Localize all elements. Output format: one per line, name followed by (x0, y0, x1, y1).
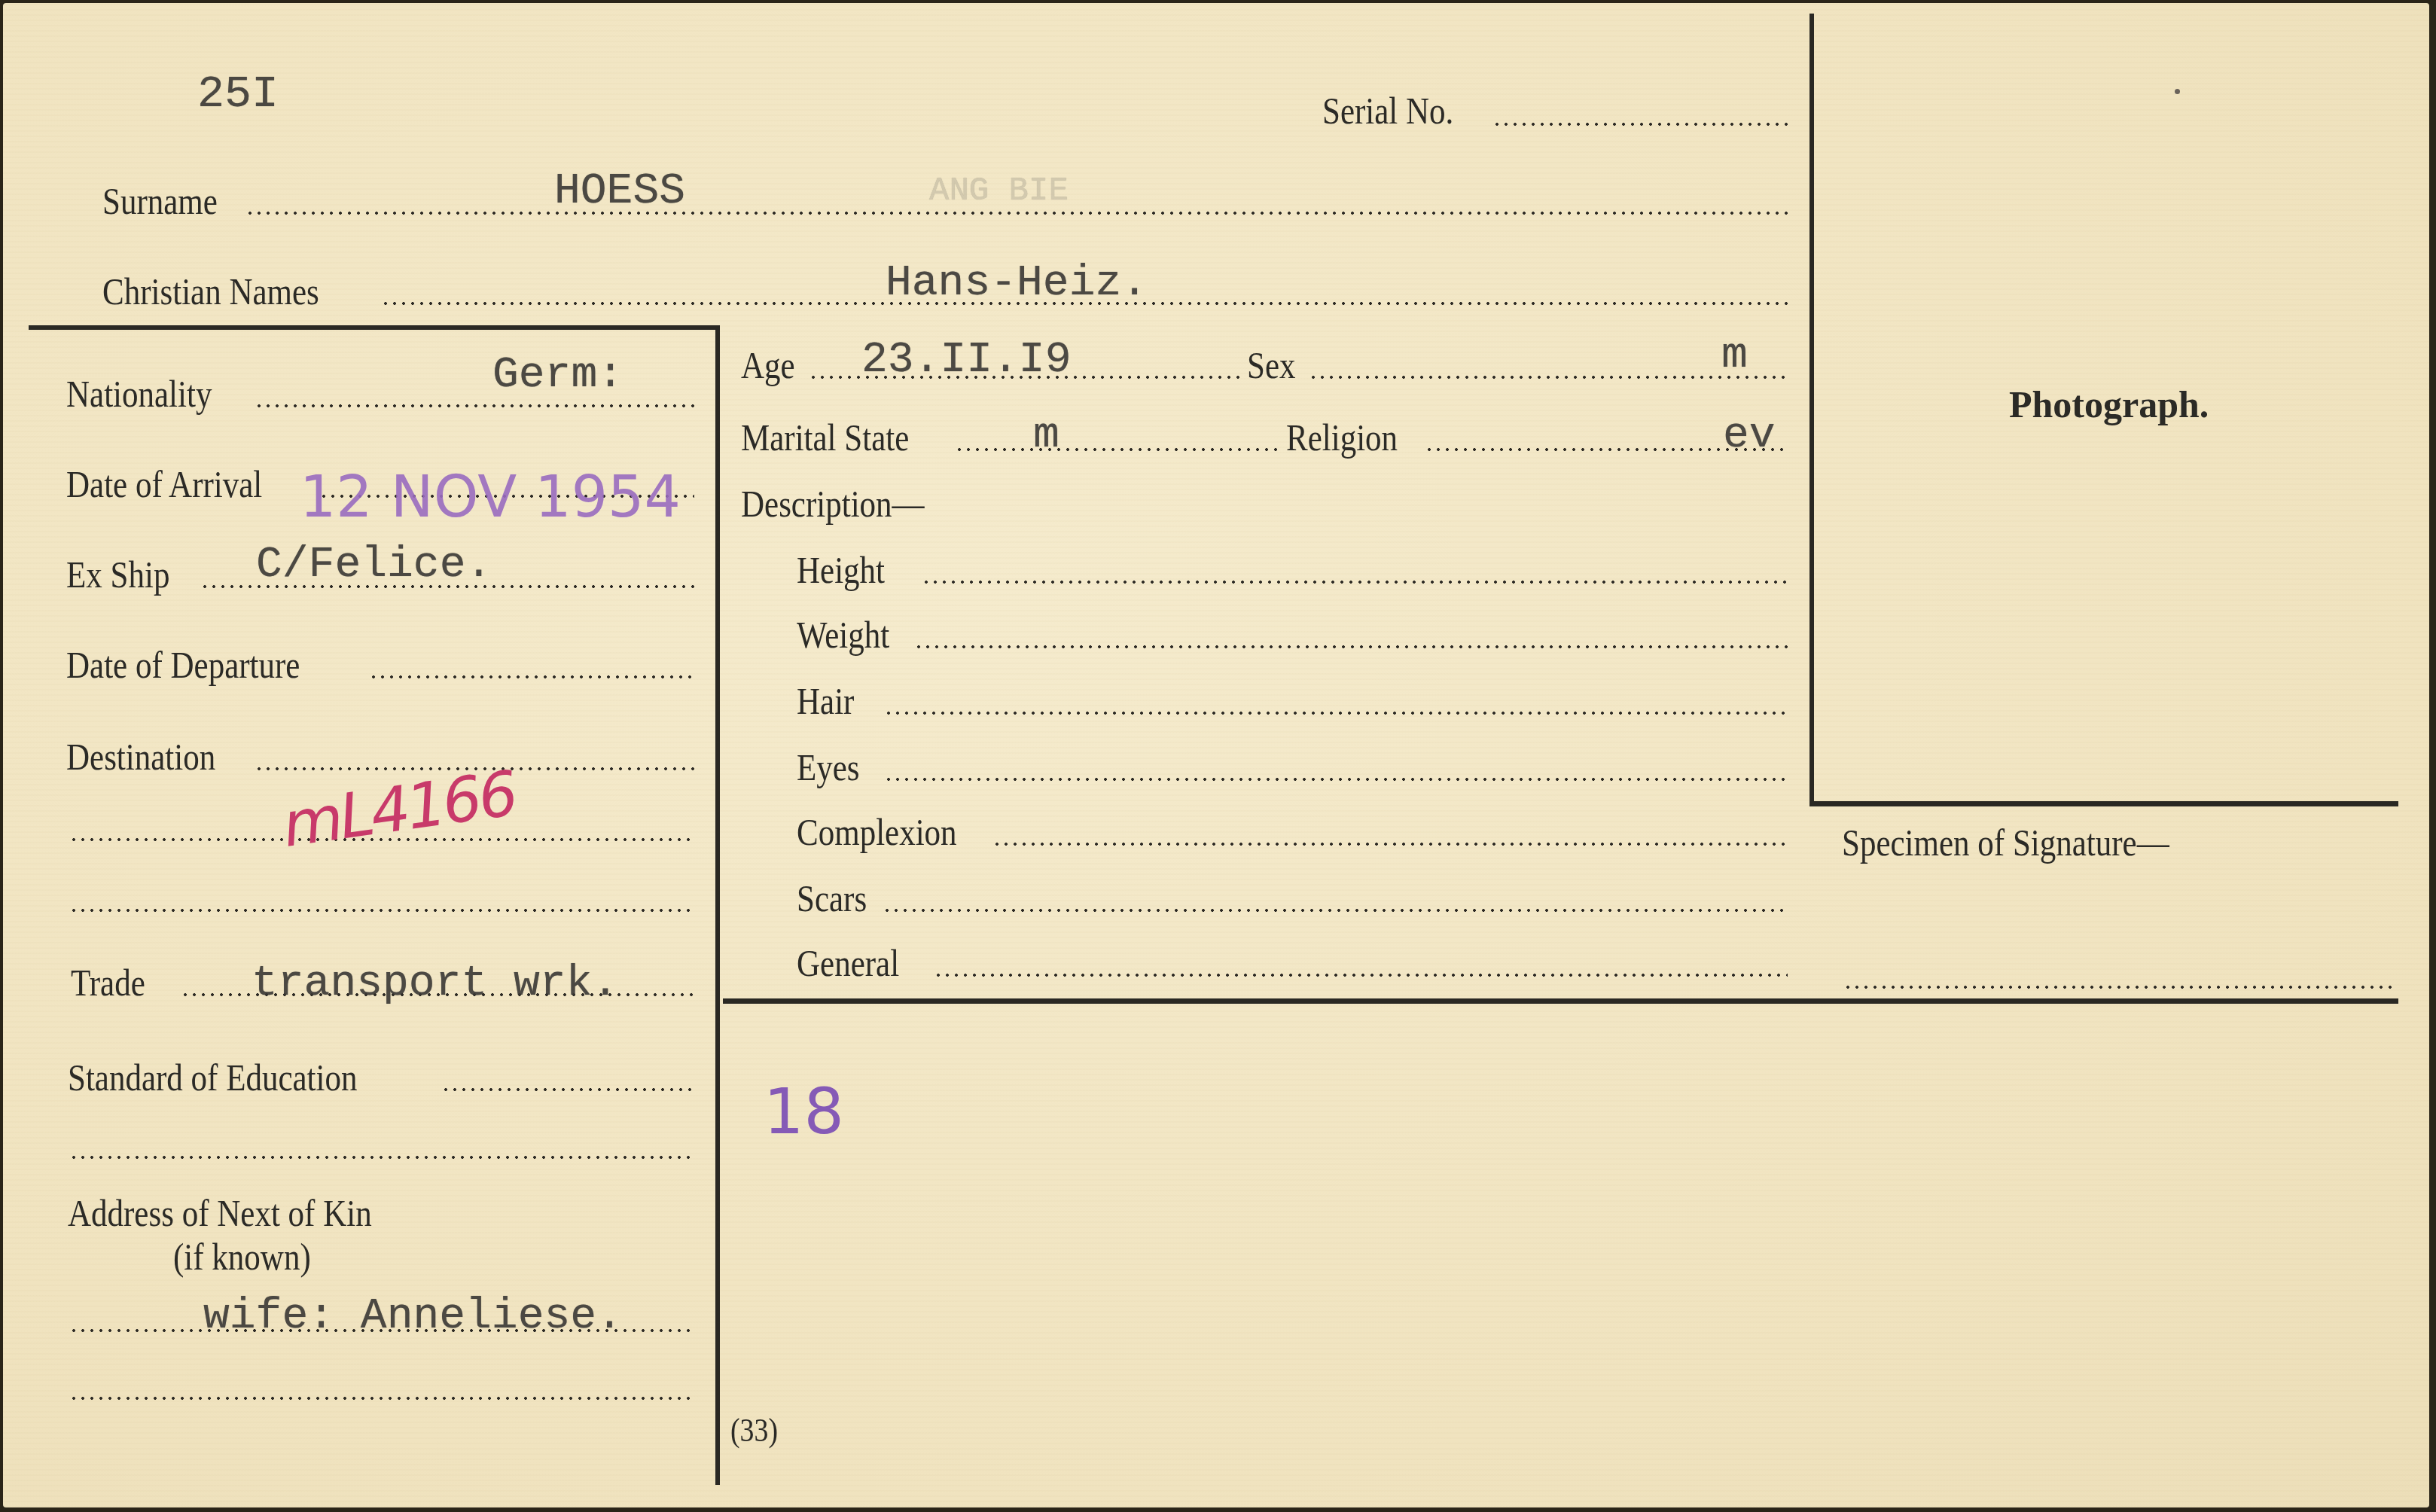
complexion-label: Complexion (797, 813, 957, 851)
next-of-kin-value: wife: Anneliese. (203, 1295, 623, 1339)
education-field[interactable] (441, 1087, 694, 1092)
photo-box-left-rule (1809, 14, 1814, 806)
column-divider (715, 325, 720, 1485)
next-of-kin-field-line-2[interactable] (69, 1396, 694, 1401)
marital-state-field[interactable] (955, 447, 1283, 452)
registration-card: 25I Serial No. Surname HOESS ANG BIE Chr… (3, 3, 2429, 1507)
sex-field[interactable] (1309, 375, 1788, 380)
weight-label: Weight (797, 616, 889, 654)
left-section-top-rule (29, 325, 720, 330)
photograph-area[interactable] (1844, 26, 2394, 794)
nationality-field[interactable] (255, 404, 694, 408)
trade-value: transport wrk. (252, 962, 618, 1006)
age-value: 23.II.I9 (861, 339, 1071, 383)
paper-speck (2175, 89, 2180, 94)
complexion-field[interactable] (992, 842, 1788, 846)
general-label: General (797, 944, 899, 982)
stamp-number: 18 (764, 1080, 844, 1143)
form-number: (33) (730, 1414, 778, 1447)
destination-label: Destination (66, 738, 215, 776)
religion-value: ev (1723, 414, 1776, 458)
age-label: Age (741, 346, 795, 384)
photo-box-bottom-rule (1809, 801, 2398, 806)
christian-names-label: Christian Names (102, 273, 319, 310)
surname-ghost-text: ANG BIE (929, 175, 1069, 208)
serial-no-label: Serial No. (1322, 92, 1453, 130)
scars-label: Scars (797, 879, 867, 917)
education-label: Standard of Education (68, 1059, 358, 1096)
surname-field[interactable] (245, 211, 1788, 215)
hair-field[interactable] (884, 711, 1788, 715)
christian-names-value: Hans-Heiz. (886, 262, 1148, 306)
signature-field[interactable] (1843, 985, 2398, 989)
ex-ship-value: C/Felice. (256, 544, 492, 587)
description-label: Description— (741, 485, 925, 523)
date-of-arrival-label: Date of Arrival (66, 465, 262, 503)
nationality-value: Germ: (492, 354, 623, 398)
description-bottom-rule (723, 998, 2398, 1004)
serial-no-field[interactable] (1492, 122, 1788, 127)
surname-value: HOESS (554, 170, 685, 214)
date-of-arrival-stamp: 12 NOV 1954 (300, 468, 681, 526)
ex-ship-label: Ex Ship (66, 556, 169, 593)
date-of-departure-field[interactable] (369, 675, 694, 679)
eyes-label: Eyes (797, 748, 860, 786)
general-field[interactable] (934, 973, 1788, 977)
education-field-line-2[interactable] (69, 1155, 694, 1160)
destination-pencil-annotation: mL4166 (279, 764, 520, 857)
destination-field-line-3[interactable] (69, 908, 694, 913)
date-of-departure-label: Date of Departure (66, 646, 300, 684)
signature-label: Specimen of Signature— (1842, 824, 2169, 861)
next-of-kin-label: Address of Next of Kin (68, 1194, 372, 1232)
scars-field[interactable] (883, 908, 1788, 913)
religion-label: Religion (1286, 419, 1398, 456)
hair-label: Hair (797, 682, 854, 720)
marital-state-value: m (1033, 414, 1059, 458)
card-number: 25I (197, 72, 279, 117)
sex-value: m (1721, 334, 1748, 378)
height-field[interactable] (922, 580, 1788, 584)
marital-state-label: Marital State (741, 419, 909, 456)
height-label: Height (797, 551, 885, 589)
eyes-field[interactable] (884, 777, 1788, 782)
sex-label: Sex (1247, 346, 1296, 384)
surname-label: Surname (102, 182, 218, 220)
weight-field[interactable] (914, 645, 1788, 649)
next-of-kin-sublabel: (if known) (173, 1238, 311, 1276)
nationality-label: Nationality (66, 375, 212, 413)
trade-label: Trade (71, 964, 145, 1001)
